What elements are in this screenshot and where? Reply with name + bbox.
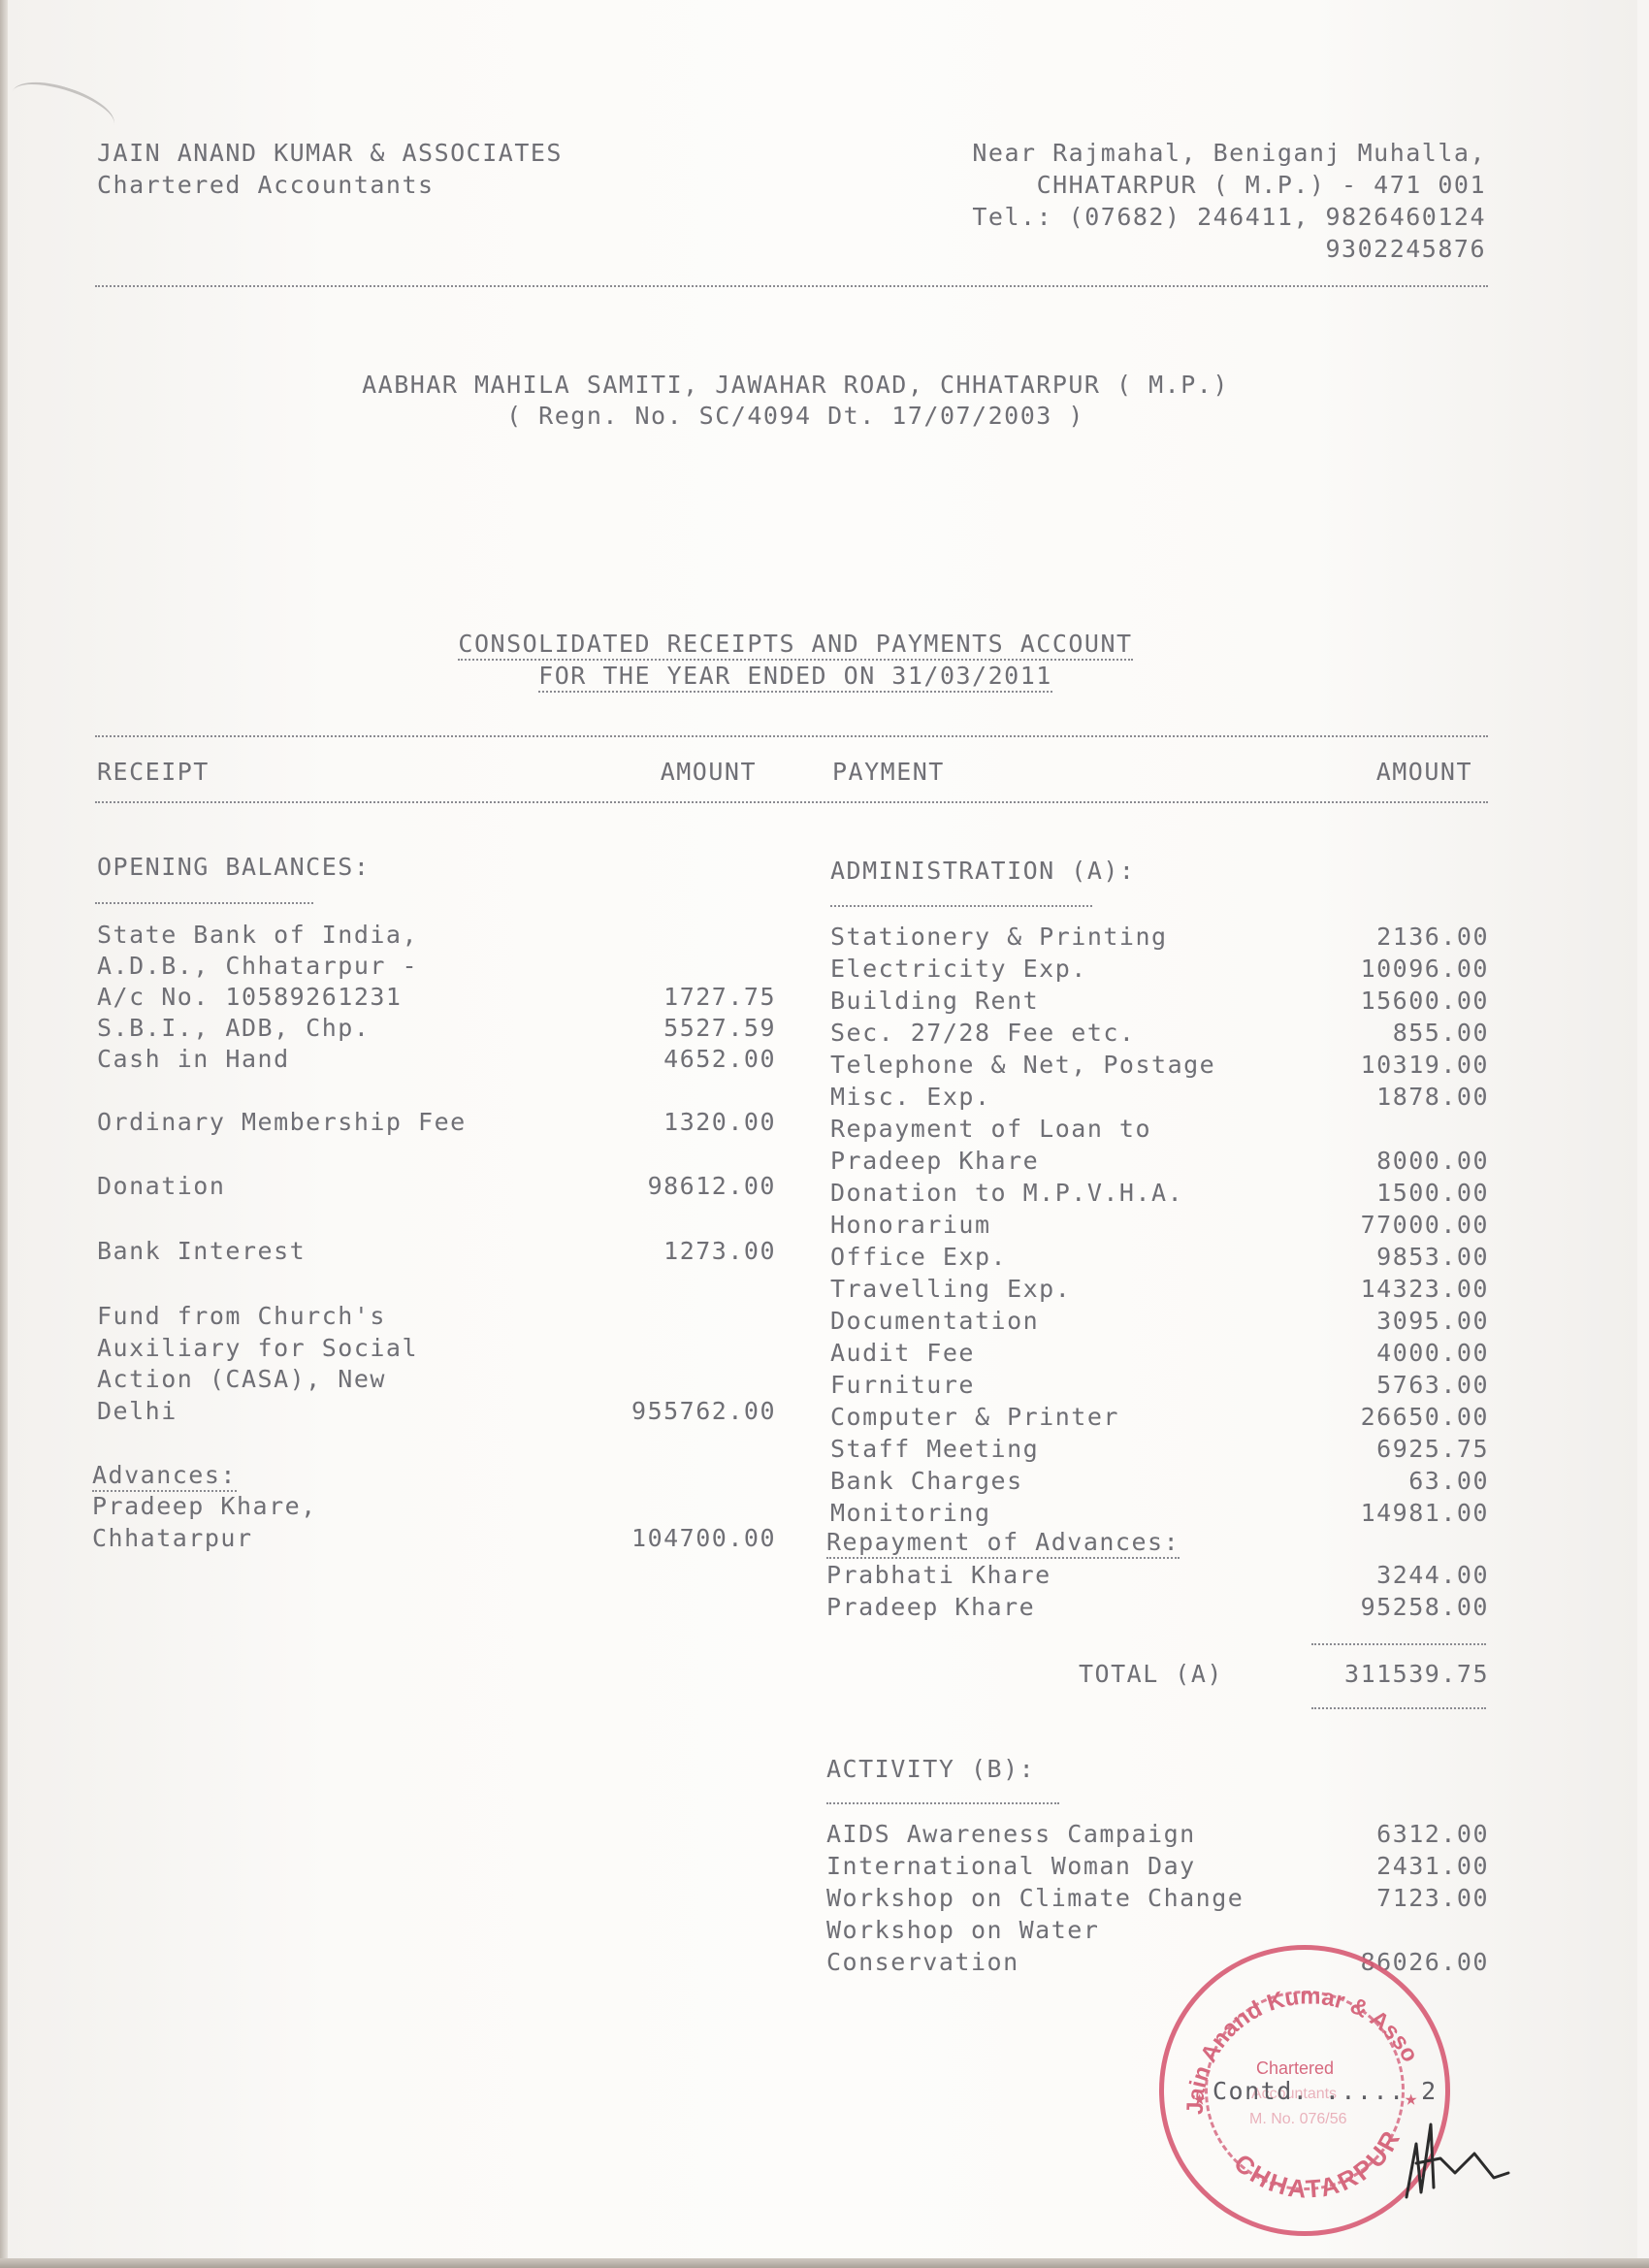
- payment-amount: 15600.00: [1212, 986, 1489, 1017]
- activity-amount: 2431.00: [1212, 1851, 1489, 1882]
- firm-name: JAIN ANAND KUMAR & ASSOCIATES: [97, 138, 563, 169]
- receipt-amount: 1320.00: [543, 1107, 776, 1138]
- activity-underline: [826, 1802, 1059, 1804]
- organization-name: AABHAR MAHILA SAMITI, JAWAHAR ROAD, CHHA…: [0, 370, 1591, 401]
- payment-amount: 14981.00: [1212, 1498, 1489, 1529]
- payment-amount: 3095.00: [1212, 1306, 1489, 1337]
- receipt-label: Cash in Hand: [97, 1044, 290, 1075]
- firm-address-line1: Near Rajmahal, Beniganj Muhalla,: [972, 138, 1486, 169]
- receipt-label: Bank Interest: [97, 1236, 306, 1267]
- receipt-label: Fund from Church's: [97, 1301, 386, 1332]
- activity-amount: 6312.00: [1212, 1819, 1489, 1850]
- payment-amount: 95258.00: [1212, 1592, 1489, 1623]
- receipt-label: Ordinary Membership Fee: [97, 1107, 467, 1138]
- payment-amount: 855.00: [1212, 1018, 1489, 1049]
- payment-label: Audit Fee: [830, 1338, 975, 1369]
- payment-label: Electricity Exp.: [830, 954, 1087, 985]
- total-bottom-divider: [1311, 1707, 1486, 1709]
- administration-heading: ADMINISTRATION (A):: [830, 856, 1135, 887]
- payment-amount: 6925.75: [1212, 1434, 1489, 1465]
- receipt-amount: 4652.00: [543, 1044, 776, 1075]
- payment-label: Monitoring: [830, 1498, 991, 1529]
- payment-amount: 3244.00: [1212, 1560, 1489, 1591]
- svg-text:CHHATARPUR: CHHATARPUR: [1228, 2123, 1406, 2203]
- payment-amount: 1878.00: [1212, 1082, 1489, 1113]
- receipt-label: Delhi: [97, 1396, 178, 1427]
- stamp-center-line3: M. No. 076/56: [1249, 2111, 1347, 2128]
- receipt-label: A.D.B., Chhatarpur -: [97, 951, 418, 982]
- firm-subtitle: Chartered Accountants: [97, 170, 435, 201]
- activity-label: AIDS Awareness Campaign: [826, 1819, 1196, 1850]
- firm-phone-line1: Tel.: (07682) 246411, 9826460124: [972, 202, 1486, 233]
- receipt-amount: 98612.00: [543, 1171, 776, 1202]
- svg-text:★: ★: [1193, 2087, 1206, 2111]
- payment-label: Documentation: [830, 1306, 1039, 1337]
- payment-label: Stationery & Printing: [830, 922, 1168, 953]
- activity-label: International Woman Day: [826, 1851, 1196, 1882]
- column-header-receipt-amount: AMOUNT: [543, 757, 757, 788]
- total-top-divider: [1311, 1643, 1486, 1645]
- receipt-amount: 5527.59: [543, 1013, 776, 1044]
- opening-balances-heading: OPENING BALANCES:: [97, 852, 370, 883]
- payment-label: Sec. 27/28 Fee etc.: [830, 1018, 1135, 1049]
- payment-amount: 26650.00: [1212, 1402, 1489, 1433]
- receipt-label: S.B.I., ADB, Chp.: [97, 1013, 370, 1044]
- payment-label: Travelling Exp.: [830, 1274, 1071, 1305]
- administration-underline: [830, 905, 1092, 907]
- payment-amount: 63.00: [1212, 1466, 1489, 1497]
- payment-label: Pradeep Khare: [826, 1592, 1035, 1623]
- receipt-label: Pradeep Khare,: [92, 1491, 317, 1522]
- payment-label: Building Rent: [830, 986, 1039, 1017]
- payment-amount: 10319.00: [1212, 1050, 1489, 1081]
- payment-label: Repayment of Loan to: [830, 1114, 1151, 1145]
- payment-amount: 4000.00: [1212, 1338, 1489, 1369]
- total-a-label: TOTAL (A): [1079, 1659, 1223, 1690]
- receipt-amount: 955762.00: [543, 1396, 776, 1427]
- receipt-label: Donation: [97, 1171, 225, 1202]
- payment-label: Furniture: [830, 1370, 975, 1401]
- column-header-receipt: RECEIPT: [97, 757, 210, 788]
- payment-amount: 9853.00: [1212, 1242, 1489, 1273]
- column-header-payment: PAYMENT: [832, 757, 945, 788]
- continued-note: Contd. ..... 2: [1212, 2076, 1438, 2107]
- table-header-divider: [95, 801, 1488, 803]
- statement-title: CONSOLIDATED RECEIPTS AND PAYMENTS ACCOU…: [458, 630, 1132, 661]
- firm-address-line2: CHHATARPUR ( M.P.) - 471 001: [1037, 170, 1486, 201]
- receipt-label: A/c No. 10589261231: [97, 982, 402, 1013]
- receipt-label: Auxiliary for Social: [97, 1333, 418, 1364]
- payment-amount: 2136.00: [1212, 922, 1489, 953]
- receipt-label: State Bank of India,: [97, 920, 418, 951]
- total-a-value: 311539.75: [1212, 1659, 1489, 1690]
- opening-balances-underline: [95, 902, 313, 904]
- payment-amount: 1500.00: [1212, 1178, 1489, 1209]
- payment-amount: 14323.00: [1212, 1274, 1489, 1305]
- payment-amount: 8000.00: [1212, 1146, 1489, 1177]
- paper-bottom-edge: [0, 2258, 1649, 2268]
- receipt-amount: 104700.00: [543, 1523, 776, 1554]
- payment-label: Misc. Exp.: [830, 1082, 991, 1113]
- payment-label: Pradeep Khare: [830, 1146, 1039, 1177]
- receipt-amount: 1273.00: [543, 1236, 776, 1267]
- payment-label: Honorarium: [830, 1210, 991, 1241]
- activity-amount: 7123.00: [1212, 1883, 1489, 1914]
- activity-heading: ACTIVITY (B):: [826, 1754, 1035, 1785]
- repayment-heading: Repayment of Advances:: [826, 1528, 1180, 1559]
- payment-amount: 10096.00: [1212, 954, 1489, 985]
- activity-label: Workshop on Water: [826, 1915, 1099, 1946]
- activity-label: Workshop on Climate Change: [826, 1883, 1244, 1914]
- table-top-divider: [95, 735, 1488, 737]
- payment-amount: 77000.00: [1212, 1210, 1489, 1241]
- payment-label: Staff Meeting: [830, 1434, 1039, 1465]
- payment-label: Bank Charges: [830, 1466, 1023, 1497]
- receipt-label: Action (CASA), New: [97, 1364, 386, 1395]
- column-header-payment-amount: AMOUNT: [1261, 757, 1472, 788]
- payment-amount: 5763.00: [1212, 1370, 1489, 1401]
- letterhead-divider: [95, 285, 1488, 287]
- payment-label: Telephone & Net, Postage: [830, 1050, 1215, 1081]
- payment-label: Computer & Printer: [830, 1402, 1119, 1433]
- payment-label: Office Exp.: [830, 1242, 1007, 1273]
- signature-icon: [1387, 2105, 1513, 2202]
- receipt-label: Chhatarpur: [92, 1523, 253, 1554]
- paper-left-edge: [0, 0, 8, 2268]
- payment-label: Prabhati Khare: [826, 1560, 1051, 1591]
- advances-heading: Advances:: [92, 1461, 237, 1492]
- activity-label: Conservation: [826, 1947, 1019, 1978]
- firm-phone-line2: 9302245876: [1325, 234, 1486, 265]
- organization-registration: ( Regn. No. SC/4094 Dt. 17/07/2003 ): [0, 401, 1591, 432]
- statement-period: FOR THE YEAR ENDED ON 31/03/2011: [538, 662, 1052, 693]
- receipt-amount: 1727.75: [543, 982, 776, 1013]
- payment-label: Donation to M.P.V.H.A.: [830, 1178, 1183, 1209]
